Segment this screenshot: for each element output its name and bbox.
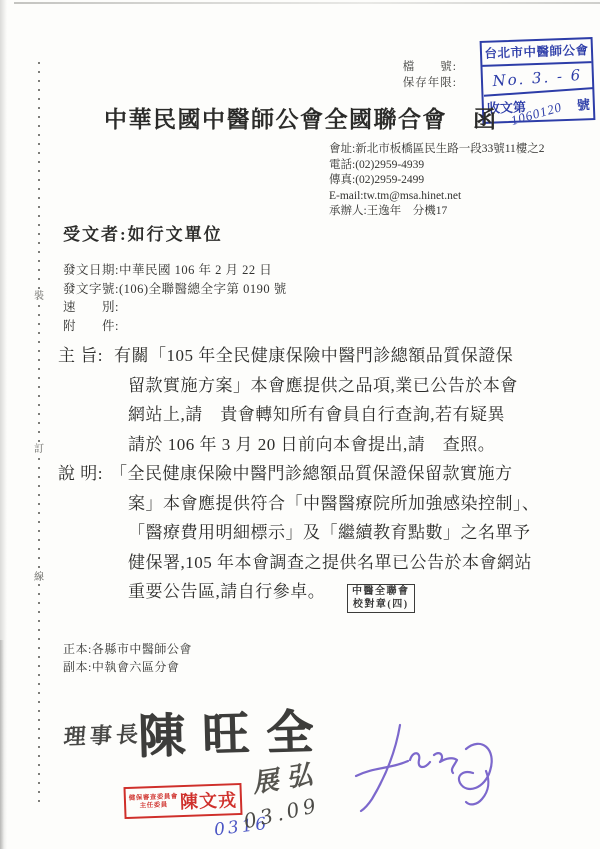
cc-copy-line: 副本:中執會六區分會 <box>63 659 192 677</box>
scan-edge-top <box>14 2 600 4</box>
explanation-line: 案」本會應提供符合「中醫醫療院所加強感染控制」、 <box>128 489 540 519</box>
chairman-title: 理事長 <box>63 718 143 752</box>
copies-block: 正本:各縣市中醫師公會 副本:中執會六區分會 <box>63 641 192 676</box>
explanation-label: 說 明: <box>58 459 103 489</box>
scan-edge-left-bottom <box>0 640 4 849</box>
proofread-stamp-label: 校對章(四) <box>352 599 410 612</box>
contact-phone: 電話:(02)2959-4939 <box>329 158 545 174</box>
recipient-line: 受文者:如行文單位 <box>63 220 223 245</box>
issue-date-line: 發文日期:中華民國 106 年 2 月 22 日 <box>63 261 287 280</box>
doc-number-line: 發文字號:(106)全聯醫總全字第 0190 號 <box>63 280 287 299</box>
review-stamp-small-text: 健保審查委員會 主任委員 <box>129 793 179 812</box>
subject-line: 留款實施方案」本會應提供之品項,業已公告於本會 <box>128 371 518 401</box>
binding-mark-xian: 線 <box>32 572 46 584</box>
proofread-stamp-org: 中醫全聯會 <box>352 586 410 599</box>
contact-email: E-mail:tw.tm@msa.hinet.net <box>329 189 545 205</box>
subject-body: 有關「105 年全民健康保險中醫門診總額品質保證保 留款實施方案」本會應提供之品… <box>128 341 518 459</box>
retention-period-label: 保存年限: <box>403 76 457 92</box>
proofread-stamp: 中醫全聯會 校對章(四) <box>347 584 415 613</box>
document-title: 中華民國中醫師公會全國聯合會函 <box>104 101 498 134</box>
binding-mark-ding: 訂 <box>32 444 46 456</box>
priority-line: 速 別: <box>63 298 287 317</box>
binding-mark-zhuang: 裝 <box>32 291 46 303</box>
handwritten-signature-purple <box>348 719 516 817</box>
binding-dotted-line <box>38 62 40 804</box>
review-stamp-role: 主任委員 <box>129 801 178 811</box>
explanation-line: 「全民健康保險中醫門診總額品質保證保留款實施方 <box>128 459 540 489</box>
explanation-line: 健保署,105 年本會調查之提供名單已公告於本會網站 <box>128 548 540 578</box>
scanned-official-letter: 裝 訂 線 檔 號: 保存年限: 台北市中醫師公會 No. 3. - 6 收文第… <box>0 0 600 849</box>
meta-block: 發文日期:中華民國 106 年 2 月 22 日 發文字號:(106)全聯醫總全… <box>63 261 287 335</box>
subject-line: 請於 106 年 3 月 20 日前向本會提出,請 查照。 <box>128 430 518 460</box>
explanation-body: 「全民健康保險中醫門診總額品質保證保留款實施方 案」本會應提供符合「中醫醫療院所… <box>128 459 540 607</box>
file-info-labels: 檔 號: 保存年限: <box>403 60 457 91</box>
subject-section: 主 旨: 有關「105 年全民健康保險中醫門診總額品質保證保 留款實施方案」本會… <box>58 341 518 459</box>
receipt-stamp-number-row: 收文第 1060120 號 <box>483 91 593 122</box>
explanation-line: 重要公告區,請自行參卓。 <box>128 577 540 607</box>
original-copy-line: 正本:各縣市中醫師公會 <box>63 641 192 659</box>
contact-block: 會址:新北市板橋區民生路一段33號11樓之2 電話:(02)2959-4939 … <box>329 142 545 220</box>
contact-handler: 承辦人:王逸年 分機17 <box>329 204 545 220</box>
archive-no-label: 檔 號: <box>403 60 457 76</box>
review-committee-stamp: 健保審查委員會 主任委員 陳文戎 <box>123 783 242 819</box>
org-title: 中華民國中醫師公會全國聯合會 <box>104 107 447 132</box>
contact-address: 會址:新北市板橋區民生路一段33號11樓之2 <box>329 142 545 158</box>
subject-line: 網站上,請 貴會轉知所有會員自行查詢,若有疑異 <box>128 400 518 430</box>
review-stamp-name: 陳文戎 <box>180 786 238 814</box>
explanation-section: 說 明: 「全民健康保險中醫門診總額品質保證保留款實施方 案」本會應提供符合「中… <box>58 459 540 607</box>
subject-line: 有關「105 年全民健康保險中醫門診總額品質保證保 <box>128 341 518 371</box>
subject-label: 主 旨: <box>58 341 103 371</box>
receipt-suffix: 號 <box>576 91 590 118</box>
contact-fax: 傳真:(02)2959-2499 <box>329 173 545 189</box>
attachment-line: 附 件: <box>63 317 287 336</box>
handwritten-date: 03.09 <box>241 793 322 834</box>
explanation-line: 「醫療費用明細標示」及「繼續教育點數」之名單予 <box>128 518 540 548</box>
doc-type-letter: 函 <box>473 107 498 132</box>
